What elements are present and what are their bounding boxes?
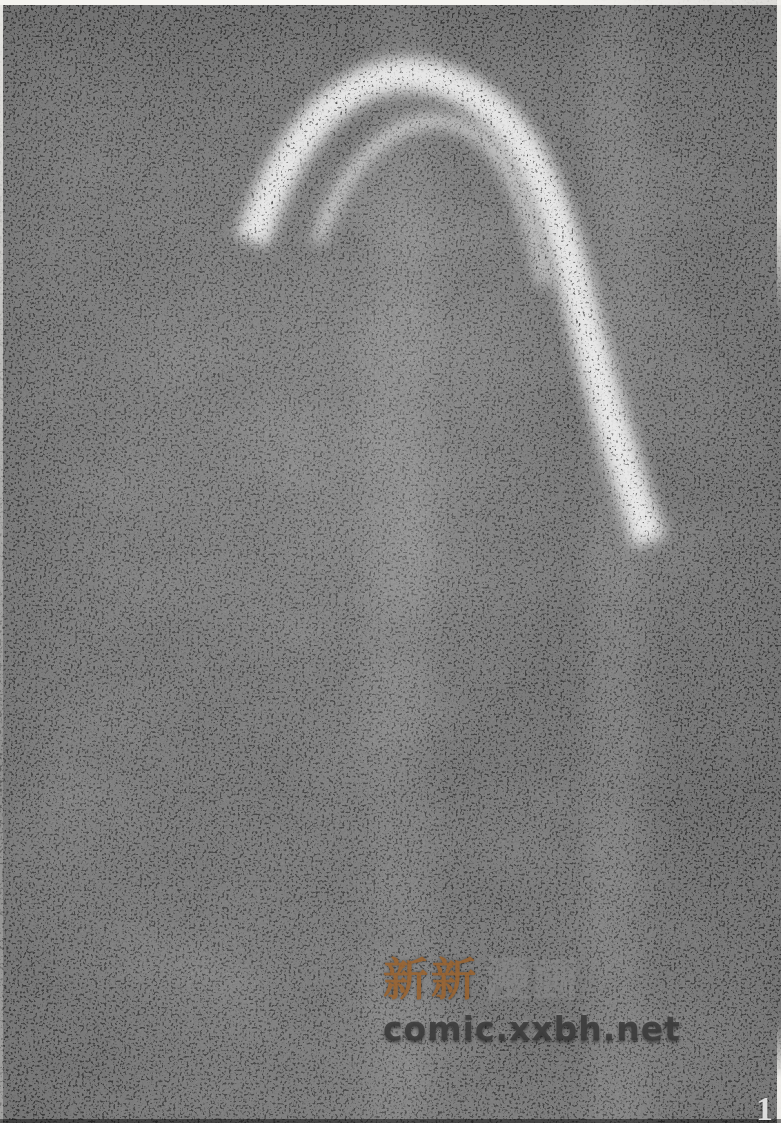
watermark-site-name-gray: 漫画 [485,953,581,1006]
scan-edge-left [0,0,3,1123]
watermark: 新新漫画 comic.xxbh.net [383,955,683,1046]
scan-edge-top [0,0,781,5]
scan-edge-bottom [0,1119,781,1123]
watermark-site-name: 新新漫画 [383,955,683,1005]
watermark-site-name-accent: 新新 [383,953,479,1006]
scanned-comic-page: 新新漫画 comic.xxbh.net 1 [0,0,781,1123]
page-number: 1 [756,1093,773,1123]
scan-edge-right [777,0,781,1123]
watermark-site-url: comic.xxbh.net [383,1012,683,1046]
